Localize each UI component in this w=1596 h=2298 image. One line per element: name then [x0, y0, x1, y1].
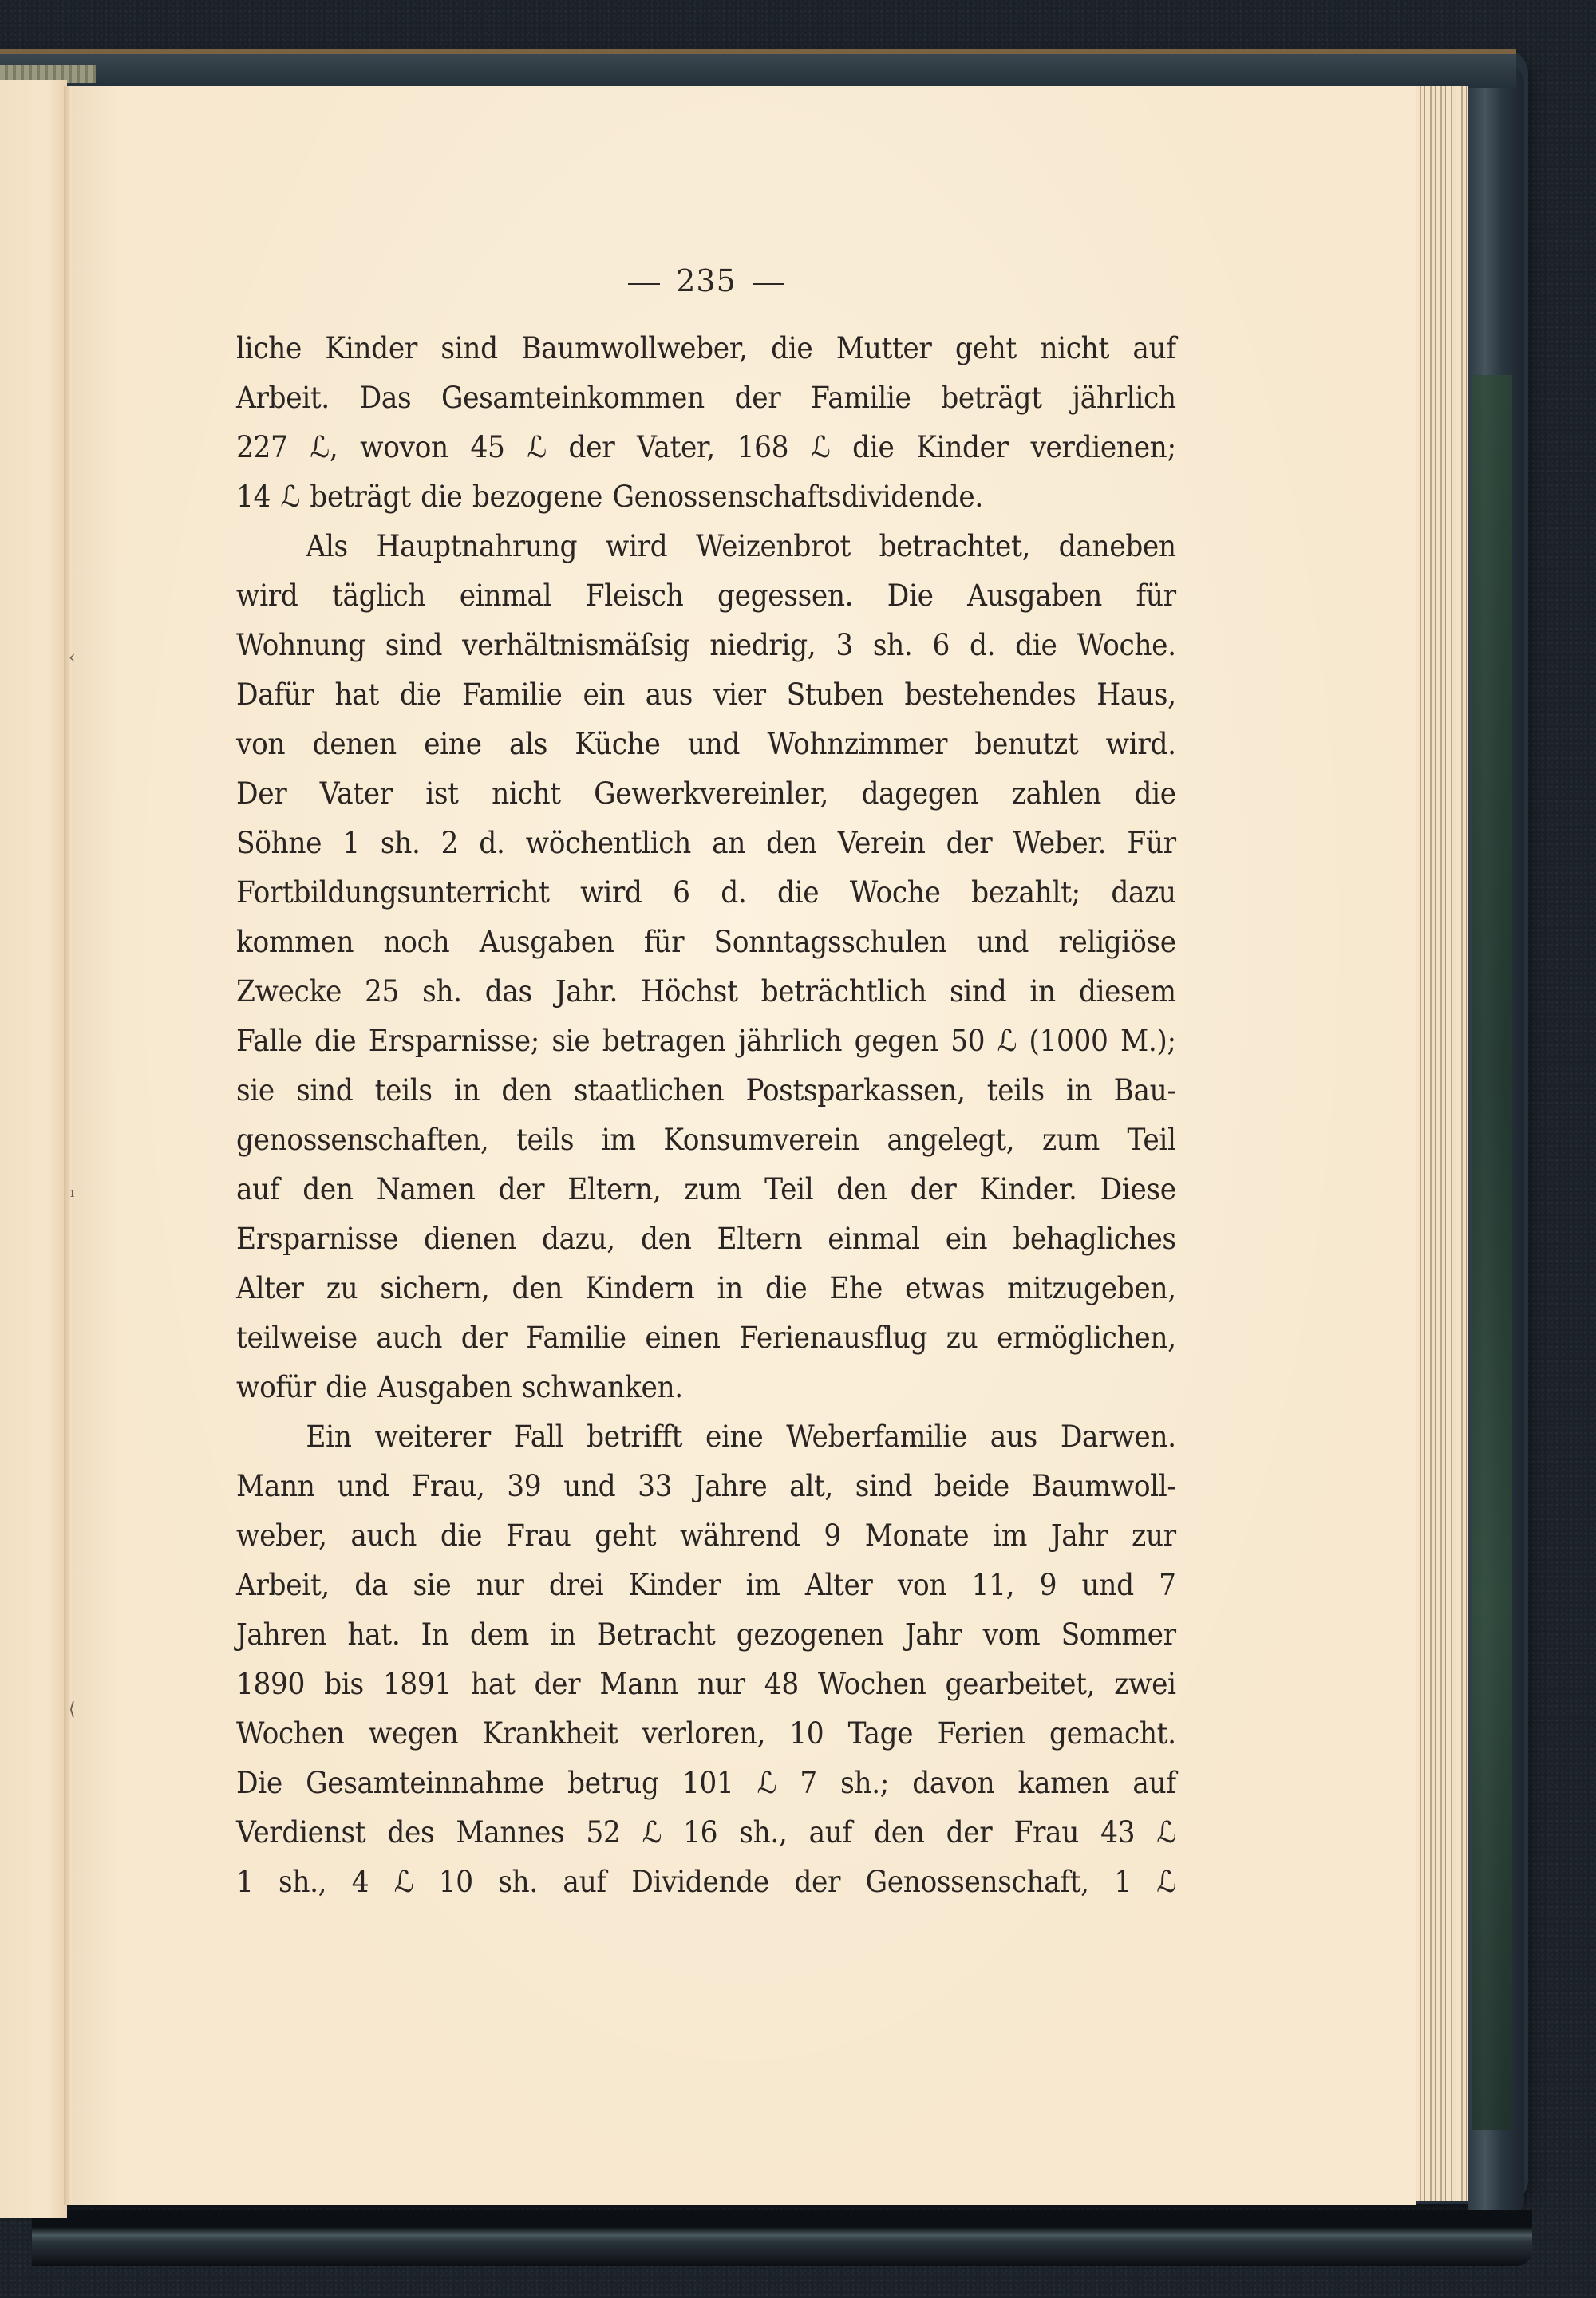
page-number: 235	[236, 263, 1176, 298]
text-line: sie sind teils in den staatlichen Postsp…	[236, 1066, 1176, 1115]
text-line: Falle die Ersparnisse; sie betragen jähr…	[236, 1017, 1176, 1066]
text-line: Jahren hat. In dem in Betracht gezogenen…	[236, 1610, 1176, 1660]
text-line: Arbeit. Das Gesamteinkommen der Familie …	[236, 373, 1176, 423]
page-text-block: 235 liche Kinder sind Baumwollweber, die…	[236, 263, 1176, 1907]
body-text: liche Kinder sind Baumwollweber, die Mut…	[236, 324, 1176, 1907]
text-line: wofür die Ausgaben schwanken.	[236, 1363, 1176, 1412]
text-line: Arbeit, da sie nur drei Kinder im Alter …	[236, 1561, 1176, 1610]
page-number-dash-left	[628, 283, 660, 285]
text-line: Ersparnisse dienen dazu, den Eltern einm…	[236, 1214, 1176, 1264]
text-line: Wochen wegen Krankheit verloren, 10 Tage…	[236, 1709, 1176, 1759]
text-line: genossenschaften, teils im Konsumverein …	[236, 1115, 1176, 1165]
book-cover-bottom-edge	[32, 2210, 1532, 2266]
text-line: Zwecke 25 sh. das Jahr. Höchst beträchtl…	[236, 967, 1176, 1017]
gutter-shadow	[64, 86, 72, 2205]
left-page-fragment	[0, 80, 67, 2218]
text-line: Alter zu sichern, den Kindern in die Ehe…	[236, 1264, 1176, 1313]
text-line: Verdienst des Mannes 52 ℒ 16 sh., auf de…	[236, 1808, 1176, 1858]
book-cover-top-edge	[0, 49, 1516, 88]
cover-marbling	[1472, 375, 1512, 2130]
page-number-value: 235	[676, 263, 737, 298]
text-line: Fortbildungsunterricht wird 6 d. die Woc…	[236, 868, 1176, 918]
text-line: teilweise auch der Familie einen Feriena…	[236, 1313, 1176, 1363]
text-line: Ein weiterer Fall betrifft eine Weberfam…	[236, 1412, 1176, 1462]
text-line: Dafür hat die Familie ein aus vier Stube…	[236, 670, 1176, 720]
text-line: liche Kinder sind Baumwollweber, die Mut…	[236, 324, 1176, 373]
text-line: Die Gesamteinnahme betrug 101 ℒ 7 sh.; d…	[236, 1759, 1176, 1808]
text-line: auf den Namen der Eltern, zum Teil den d…	[236, 1165, 1176, 1214]
text-line: wird täglich einmal Fleisch gegessen. Di…	[236, 571, 1176, 621]
text-line: kommen noch Ausgaben für Sonntagsschulen…	[236, 918, 1176, 967]
text-line: von denen eine als Küche und Wohnzimmer …	[236, 720, 1176, 769]
text-line: Der Vater ist nicht Gewerkvereinler, dag…	[236, 769, 1176, 819]
text-line: 1 sh., 4 ℒ 10 sh. auf Dividende der Geno…	[236, 1858, 1176, 1907]
text-line: Wohnung sind verhältnismäſsig niedrig, 3…	[236, 621, 1176, 670]
text-line: Mann und Frau, 39 und 33 Jahre alt, sind…	[236, 1462, 1176, 1511]
text-line: weber, auch die Frau geht während 9 Mona…	[236, 1511, 1176, 1561]
text-line: Als Hauptnahrung wird Weizenbrot betrach…	[236, 522, 1176, 571]
text-line: Söhne 1 sh. 2 d. wöchentlich an den Vere…	[236, 819, 1176, 868]
margin-mark: ⟨	[69, 1700, 76, 1720]
margin-mark: ı	[70, 1185, 74, 1200]
text-line: 14 ℒ beträgt die bezogene Genossenschaft…	[236, 472, 1176, 522]
text-line: 227 ℒ, wovon 45 ℒ der Vater, 168 ℒ die K…	[236, 423, 1176, 472]
text-line: 1890 bis 1891 hat der Mann nur 48 Wochen…	[236, 1660, 1176, 1709]
page-number-dash-right	[753, 283, 784, 285]
margin-mark: ‹	[69, 648, 76, 668]
